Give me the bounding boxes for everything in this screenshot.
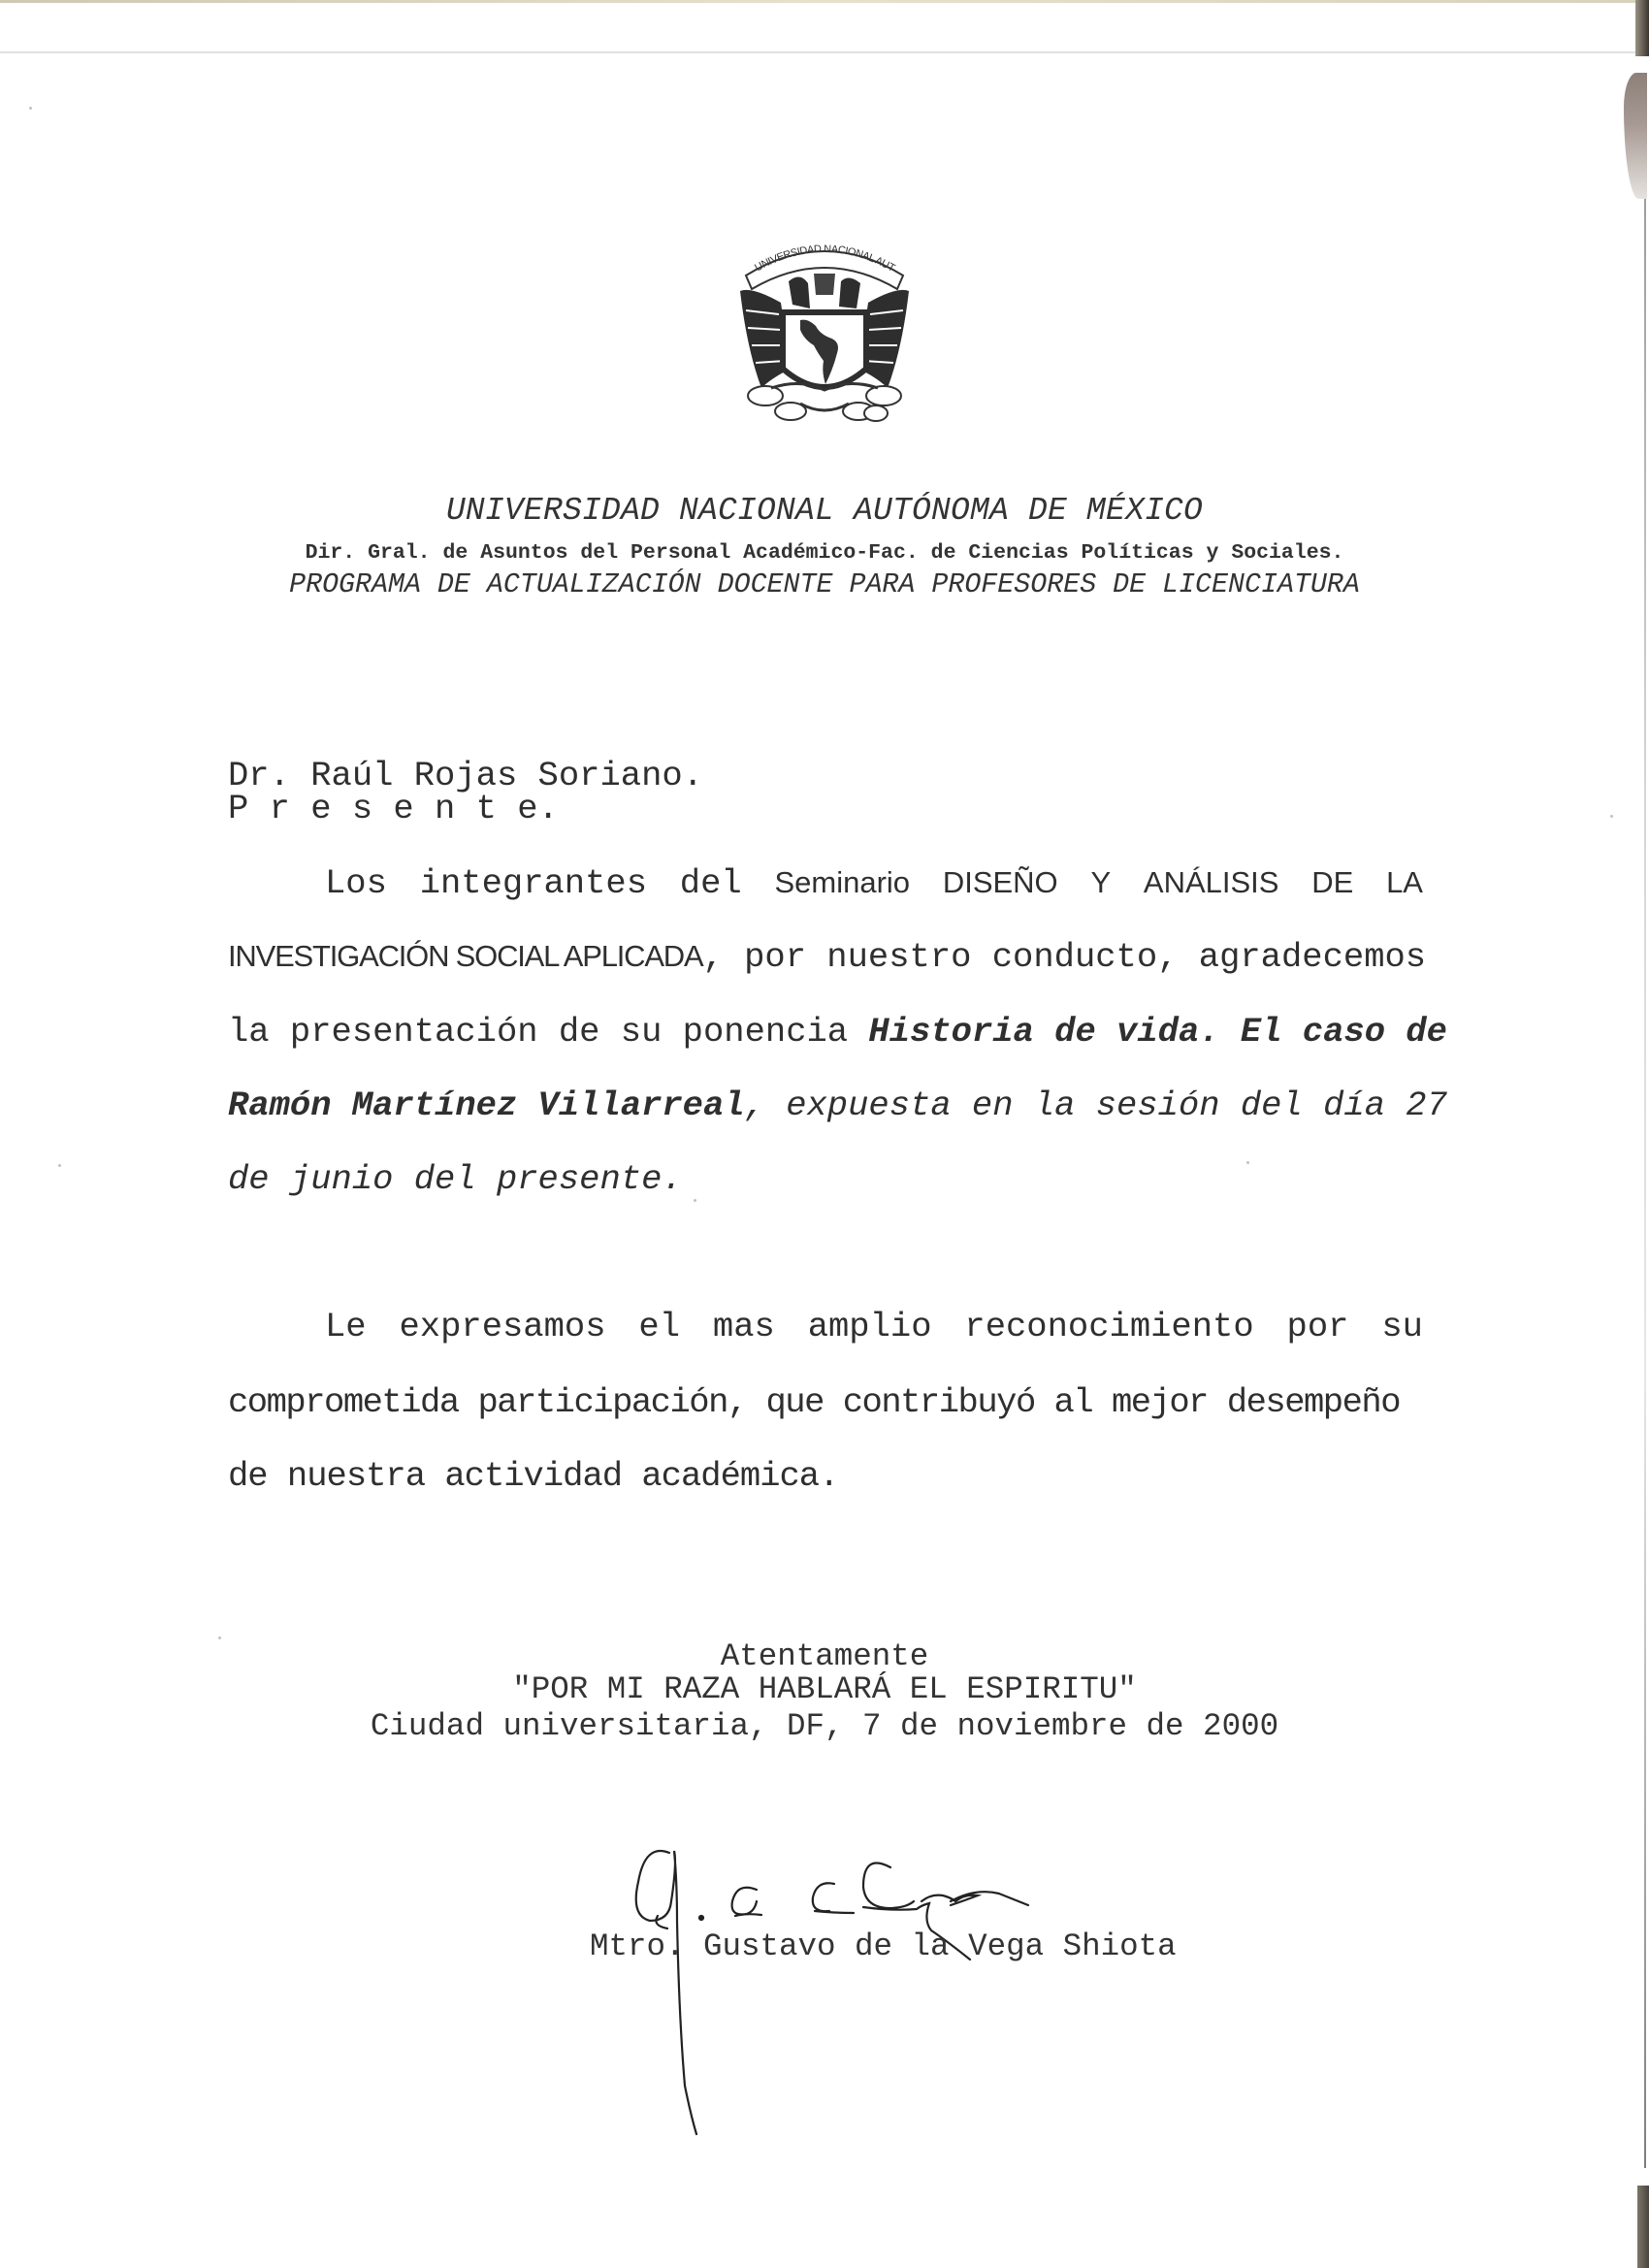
handwritten-signature-icon xyxy=(563,1824,1222,2154)
scan-edge-corner xyxy=(1635,0,1649,56)
word: integrantes xyxy=(420,862,647,905)
body-paragraph-2-line-1: Le expresamos el mas amplio reconocimien… xyxy=(325,1306,1423,1348)
word: expresamos xyxy=(399,1306,605,1348)
word: reconocimiento xyxy=(964,1306,1253,1348)
scan-speck xyxy=(694,1199,696,1202)
body-paragraph-1-line-4: Ramón Martínez Villarreal , expuesta en … xyxy=(228,1085,1423,1127)
department-name: Dir. Gral. de Asuntos del Personal Acadé… xyxy=(0,541,1649,565)
signatory-name: Mtro. Gustavo de la Vega Shiota xyxy=(590,1928,1177,1964)
scan-edge-top xyxy=(0,0,1649,3)
body-paragraph-1-line-2: INVESTIGACIÓN SOCIAL APLICADA , por nues… xyxy=(228,935,1423,979)
scan-fold-line xyxy=(0,51,1649,53)
scan-edge-smudge xyxy=(1624,73,1647,199)
body-paragraph-2-line-3: de nuestra actividad académica. xyxy=(228,1455,1423,1498)
scan-speck xyxy=(58,1164,61,1167)
place-date: Ciudad universitaria, DF, 7 de noviembre… xyxy=(0,1707,1649,1746)
lecture-title-cont: Ramón Martínez Villarreal xyxy=(228,1085,745,1127)
scan-speck xyxy=(1246,1161,1249,1164)
body-text: , por nuestro conducto, agradecemos xyxy=(702,936,1426,979)
scan-edge-bottom xyxy=(1637,2186,1649,2268)
seminar-title-word: DE xyxy=(1311,861,1353,904)
recipient-salutation: P r e s e n t e. xyxy=(228,788,1423,830)
word: Le xyxy=(325,1306,367,1348)
seminar-title-word: LA xyxy=(1386,861,1423,904)
body-text: la presentación de su ponencia xyxy=(228,1011,868,1053)
institution-name: UNIVERSIDAD NACIONAL AUTÓNOMA DE MÉXICO xyxy=(0,493,1649,529)
body-paragraph-1-line-1: Los integrantes del Seminario DISEÑO Y A… xyxy=(325,861,1423,905)
seminar-title: INVESTIGACIÓN SOCIAL APLICADA xyxy=(228,935,702,978)
scan-speck xyxy=(218,1636,221,1639)
word: su xyxy=(1381,1306,1423,1348)
scan-speck xyxy=(1610,815,1613,818)
word: del xyxy=(680,862,742,905)
word: mas xyxy=(713,1306,775,1348)
word: amplio xyxy=(808,1306,932,1348)
seminar-title-word: DISEÑO xyxy=(943,861,1058,904)
word: Los xyxy=(325,862,387,905)
word: por xyxy=(1287,1306,1349,1348)
seminar-word: Seminario xyxy=(774,861,910,904)
program-name: PROGRAMA DE ACTUALIZACIÓN DOCENTE PARA P… xyxy=(0,569,1649,600)
seminar-title-word: Y xyxy=(1090,861,1111,904)
word: el xyxy=(638,1306,680,1348)
seminar-title-word: ANÁLISIS xyxy=(1144,861,1279,904)
session-text: , expuesta en la sesión del día 27 xyxy=(745,1085,1447,1127)
body-paragraph-1-line-3: la presentación de su ponencia Historia … xyxy=(228,1011,1423,1053)
motto: "POR MI RAZA HABLARÁ EL ESPIRITU" xyxy=(0,1670,1649,1709)
scan-speck xyxy=(29,107,32,110)
lecture-title: Historia de vida. El caso de xyxy=(868,1011,1447,1053)
body-paragraph-2-line-2: comprometida participación, que contribu… xyxy=(228,1381,1423,1424)
body-paragraph-1-line-5: de junio del presente. xyxy=(228,1158,1423,1201)
unam-seal-icon: UNIVERSIDAD NACIONAL AUTONOMA DE MEXICO xyxy=(732,233,917,427)
